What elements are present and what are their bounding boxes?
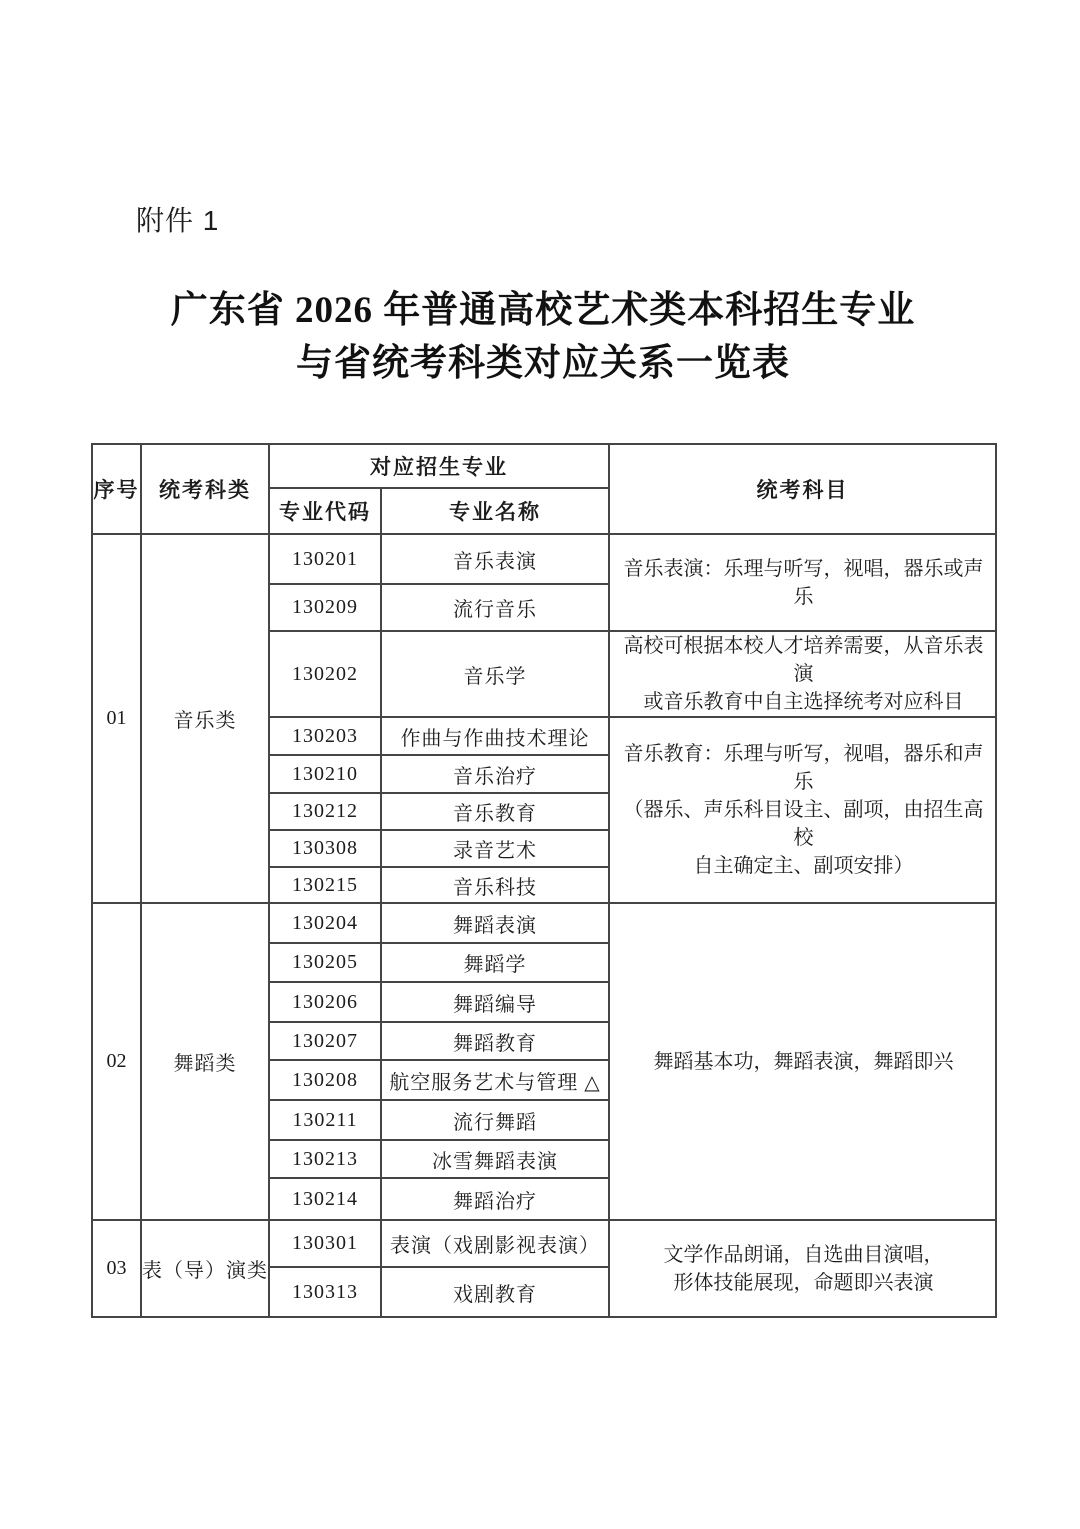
major-name-cell: 流行音乐 <box>381 584 609 631</box>
major-name-cell: 舞蹈编导 <box>381 982 609 1022</box>
major-code-cell: 130202 <box>269 631 381 717</box>
major-code-cell: 130308 <box>269 830 381 867</box>
major-code-cell: 130209 <box>269 584 381 631</box>
major-name-cell: 戏剧教育 <box>381 1267 609 1317</box>
major-code-cell: 130206 <box>269 982 381 1022</box>
subjects-cell: 音乐教育：乐理与听写，视唱，器乐和声乐 （器乐、声乐科目设主、副项，由招生高校 … <box>609 717 996 903</box>
major-name-cell: 音乐教育 <box>381 793 609 830</box>
major-code-cell: 130213 <box>269 1140 381 1178</box>
subjects-cell: 文学作品朗诵，自选曲目演唱， 形体技能展现，命题即兴表演 <box>609 1220 996 1317</box>
section-category-cell: 表（导）演类 <box>141 1220 269 1317</box>
table-row: 01 音乐类 130201 音乐表演 音乐表演：乐理与听写，视唱，器乐或声乐 <box>92 534 996 584</box>
major-code-cell: 130210 <box>269 755 381 793</box>
major-code-cell: 130215 <box>269 867 381 903</box>
major-code-cell: 130313 <box>269 1267 381 1317</box>
section-category-cell: 音乐类 <box>141 534 269 903</box>
header-index: 序号 <box>92 444 141 534</box>
major-code-cell: 130212 <box>269 793 381 830</box>
major-name-cell: 表演（戏剧影视表演） <box>381 1220 609 1267</box>
header-subjects: 统考科目 <box>609 444 996 534</box>
header-row-1: 序号 统考科类 对应招生专业 统考科目 <box>92 444 996 488</box>
major-code-cell: 130211 <box>269 1100 381 1140</box>
major-name-cell: 冰雪舞蹈表演 <box>381 1140 609 1178</box>
attachment-label: 附件 1 <box>136 199 219 239</box>
section-index-cell: 02 <box>92 903 141 1220</box>
page-title-line-2: 与省统考科类对应关系一览表 <box>91 337 995 390</box>
table-row: 02 舞蹈类 130204 舞蹈表演 舞蹈基本功，舞蹈表演，舞蹈即兴 <box>92 903 996 943</box>
major-code-cell: 130301 <box>269 1220 381 1267</box>
header-category: 统考科类 <box>141 444 269 534</box>
page-title-line-1: 广东省 2026 年普通高校艺术类本科招生专业 <box>91 284 995 337</box>
section-index-cell: 01 <box>92 534 141 903</box>
major-name-cell: 舞蹈表演 <box>381 903 609 943</box>
section-index-cell: 03 <box>92 1220 141 1317</box>
major-name-cell: 音乐治疗 <box>381 755 609 793</box>
major-name-cell: 流行舞蹈 <box>381 1100 609 1140</box>
header-majors-group: 对应招生专业 <box>269 444 609 488</box>
major-code-cell: 130201 <box>269 534 381 584</box>
subjects-cell: 音乐表演：乐理与听写，视唱，器乐或声乐 <box>609 534 996 631</box>
major-code-cell: 130214 <box>269 1178 381 1220</box>
major-name-cell: 航空服务艺术与管理 △ <box>381 1060 609 1100</box>
major-code-cell: 130205 <box>269 943 381 982</box>
major-name-cell: 录音艺术 <box>381 830 609 867</box>
table-row: 03 表（导）演类 130301 表演（戏剧影视表演） 文学作品朗诵，自选曲目演… <box>92 1220 996 1267</box>
subjects-cell: 高校可根据本校人才培养需要，从音乐表演 或音乐教育中自主选择统考对应科目 <box>609 631 996 717</box>
correspondence-table: 序号 统考科类 对应招生专业 统考科目 专业代码 专业名称 01 音乐类 130… <box>91 443 997 1318</box>
major-name-cell: 舞蹈治疗 <box>381 1178 609 1220</box>
header-major-name: 专业名称 <box>381 488 609 534</box>
major-name-cell: 音乐学 <box>381 631 609 717</box>
major-name-cell: 作曲与作曲技术理论 <box>381 717 609 755</box>
major-code-cell: 130203 <box>269 717 381 755</box>
subjects-cell: 舞蹈基本功，舞蹈表演，舞蹈即兴 <box>609 903 996 1220</box>
major-name-cell: 舞蹈教育 <box>381 1022 609 1060</box>
major-code-cell: 130207 <box>269 1022 381 1060</box>
page-title: 广东省 2026 年普通高校艺术类本科招生专业 与省统考科类对应关系一览表 <box>91 284 995 390</box>
major-name-cell: 音乐科技 <box>381 867 609 903</box>
major-code-cell: 130208 <box>269 1060 381 1100</box>
header-major-code: 专业代码 <box>269 488 381 534</box>
document-page: 附件 1 广东省 2026 年普通高校艺术类本科招生专业 与省统考科类对应关系一… <box>0 0 1080 1529</box>
major-code-cell: 130204 <box>269 903 381 943</box>
section-category-cell: 舞蹈类 <box>141 903 269 1220</box>
major-name-cell: 舞蹈学 <box>381 943 609 982</box>
major-name-cell: 音乐表演 <box>381 534 609 584</box>
